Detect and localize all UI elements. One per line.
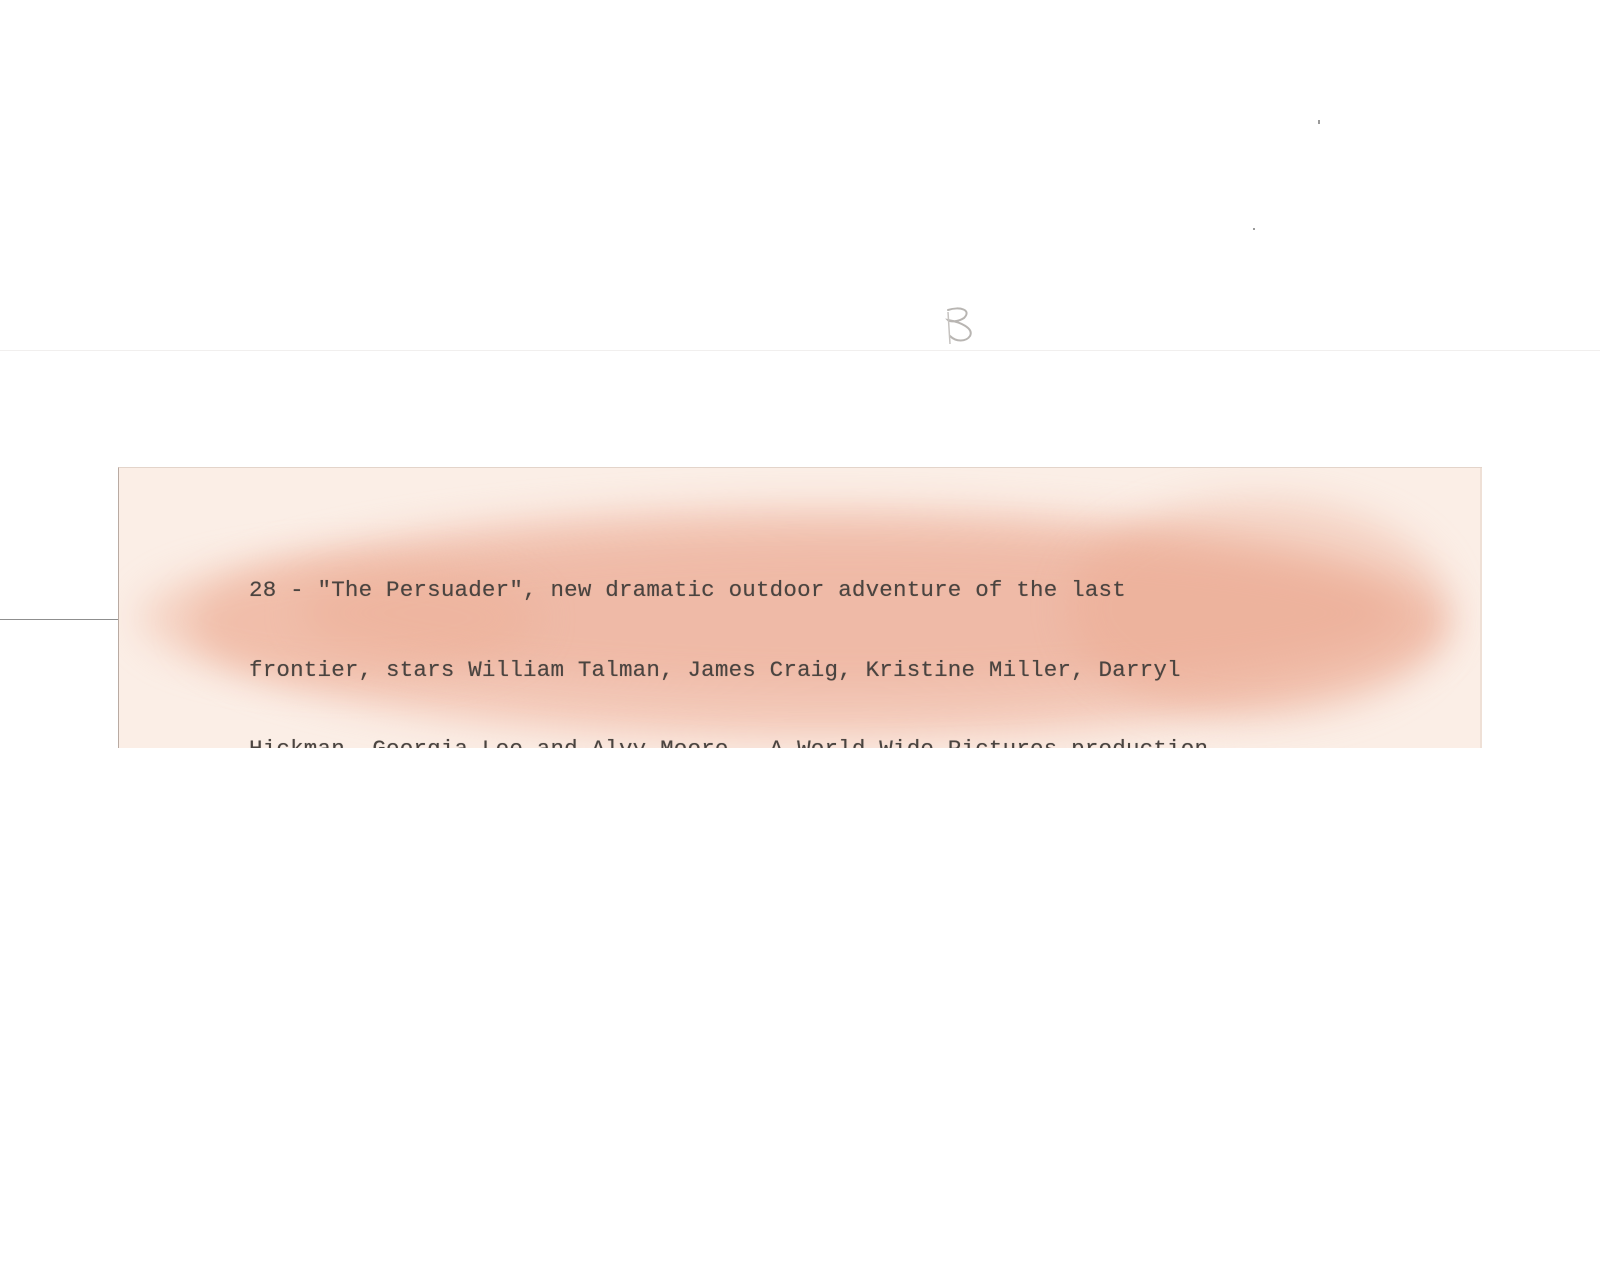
caption-line: frontier, stars William Talman, James Cr…: [249, 657, 1208, 684]
speck: [1253, 228, 1255, 230]
caption-line: 28 - "The Persuader", new dramatic outdo…: [249, 577, 1208, 604]
pencil-annotation-b-icon: [930, 300, 990, 360]
caption-line: Hickman, Georgia Lee and Alvy Moore. A W…: [249, 736, 1208, 748]
caption-strip: 28 - "The Persuader", new dramatic outdo…: [118, 467, 1482, 748]
strip-edge: [1480, 468, 1482, 748]
caption-text: 28 - "The Persuader", new dramatic outdo…: [249, 524, 1208, 748]
speck: [1318, 120, 1320, 124]
faint-crease: [0, 350, 1600, 351]
